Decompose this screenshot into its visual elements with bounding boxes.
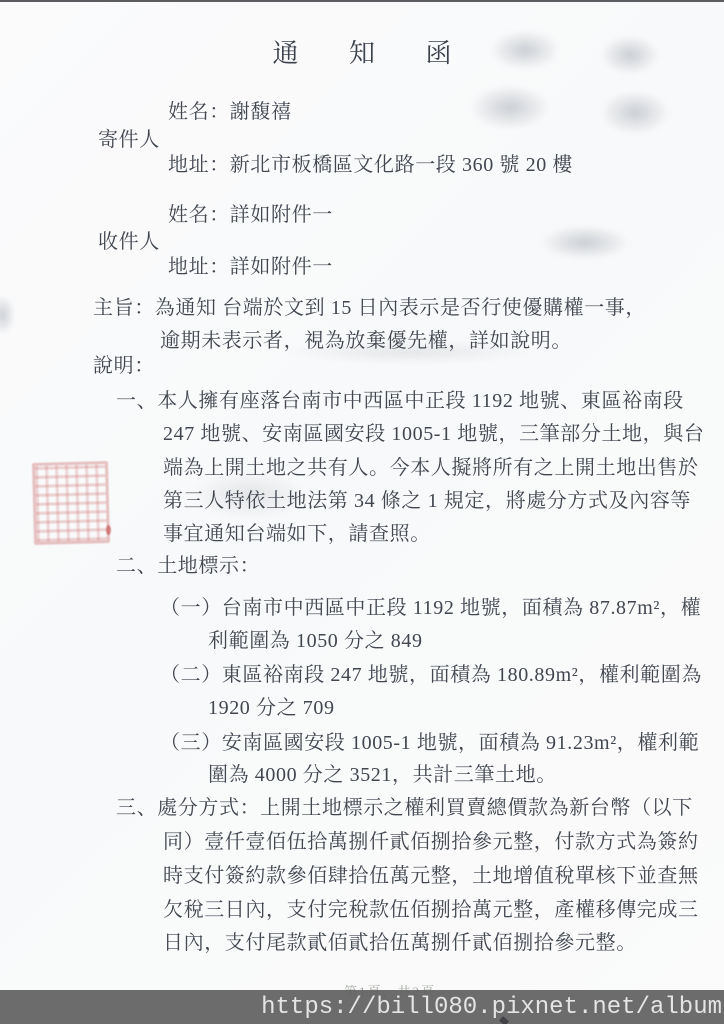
recipient-name-line: 姓名：詳如附件一	[168, 203, 333, 227]
explanation-item3-line: 三、處分方式：上開土地標示之權利買賣總價款為新台幣（以下	[116, 796, 693, 820]
land-parcel-3-line: 圍為 4000 分之 3521，共計三筆土地。	[208, 763, 557, 787]
explanation-item1-line: 247 地號、安南區國安段 1005-1 地號，三筆部分土地，與台	[163, 422, 704, 446]
explanation-item1-line: 第三人特依土地法第 34 條之 1 規定，將處分方式及內容等	[163, 489, 691, 513]
subject-line: 逾期未表示者，視為放棄優先權，詳如說明。	[160, 329, 572, 353]
explanation-item3-line: 同）壹仟壹佰伍拾萬捌仟貳佰捌拾參元整，付款方式為簽約	[163, 830, 699, 854]
scanned-notification-letter: 通 知 函 姓名：謝馥禧 寄件人 地址：新北市板橋區文化路一段 360 號 20…	[0, 0, 724, 1024]
bleed-through-smudge	[470, 85, 550, 130]
explanation-item1-line: 端為上開土地之共有人。今本人擬將所有之上開土地出售於	[163, 456, 699, 480]
red-seal-stamp	[32, 461, 110, 545]
sender-role-label: 寄件人	[98, 128, 160, 152]
red-seal-ink-speck	[106, 525, 111, 535]
explanation-item3-line: 日內，支付尾款貳佰貳拾伍萬捌仟貳佰捌拾參元整。	[163, 931, 637, 955]
land-parcel-3-line: （三）安南區國安段 1005-1 地號，面積為 91.23m²，權利範	[160, 731, 699, 755]
land-parcel-2-line: 1920 分之 709	[208, 696, 335, 720]
bleed-through-smudge	[600, 90, 670, 135]
land-parcel-1-line: 利範圍為 1050 分之 849	[208, 629, 423, 653]
explanation-item3-line: 時支付簽約款參佰肆拾伍萬元整，土地增值稅單核下並查無	[163, 864, 699, 888]
land-parcel-2-line: （二）東區裕南段 247 地號，面積為 180.89m²，權利範圍為	[160, 663, 702, 687]
recipient-address-line: 地址：詳如附件一	[168, 255, 333, 279]
subject-line: 主旨：為通知 台端於文到 15 日內表示是否行使優購權一事，	[93, 296, 646, 320]
land-parcel-1-line: （一）台南市中西區中正段 1192 地號，面積為 87.87m²，權	[160, 596, 701, 620]
explanation-label: 說明：	[93, 354, 155, 378]
explanation-item2-label: 二、土地標示：	[116, 554, 260, 578]
recipient-role-label: 收件人	[98, 230, 160, 254]
scan-edge-artifact	[0, 0, 724, 2]
explanation-item1-line: 一、本人擁有座落台南市中西區中正段 1192 地號、東區裕南段	[116, 389, 684, 413]
watermark-url-text: https://bill080.pixnet.net/album	[261, 994, 724, 1021]
bleed-through-smudge	[0, 295, 15, 335]
sender-name-line: 姓名：謝馥禧	[168, 100, 292, 124]
sender-address-line: 地址：新北市板橋區文化路一段 360 號 20 樓	[168, 153, 573, 177]
explanation-item3-line: 欠稅三日內，支付完稅款伍佰捌拾萬元整，產權移傳完成三	[163, 898, 699, 922]
bleed-through-smudge	[540, 225, 630, 260]
watermark-bar: https://bill080.pixnet.net/album	[0, 990, 724, 1024]
document-title: 通 知 函	[0, 33, 724, 70]
explanation-item1-line: 事宜通知台端如下，請查照。	[163, 522, 431, 546]
